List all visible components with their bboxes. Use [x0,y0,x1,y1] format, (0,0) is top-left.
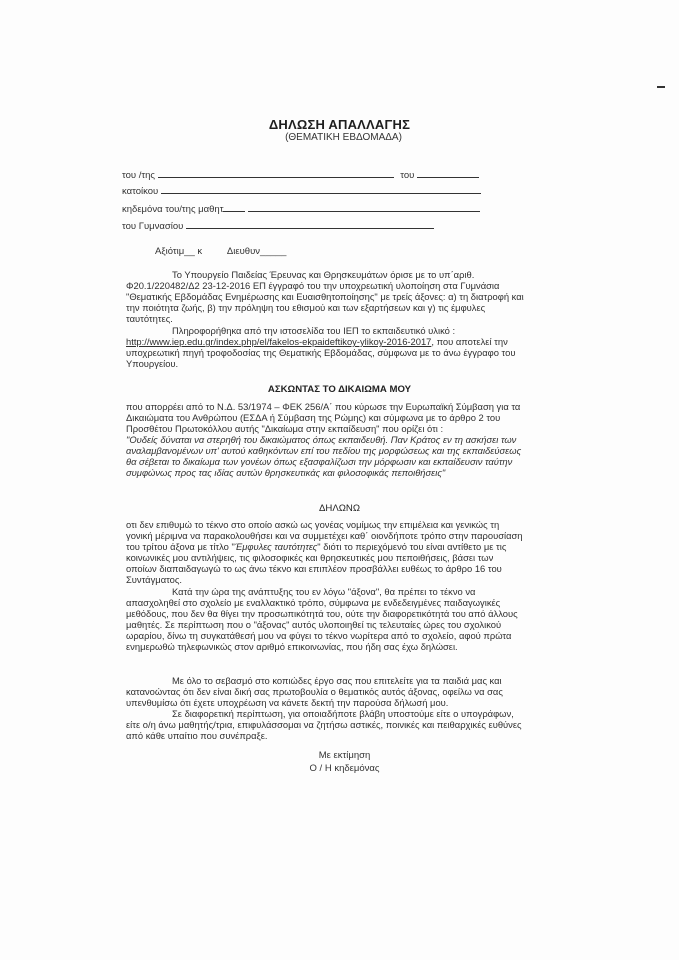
gender-line[interactable] [223,203,245,212]
declare-paragraph-1: οτι δεν επιθυμώ το τέκνο στο οποίο ασκώ … [126,519,526,586]
section-heading-declare: ΔΗΛΩΝΩ [0,503,679,514]
salutation-row: Αξιότιμ__ κ Διευθυν_____ [155,246,286,257]
document-page: ΔΗΛΩΣΗ ΑΠΑΛΛΑΓΗΣ (ΘΕΜΑΤΙΚΗ ΕΒΔΟΜΑΔΑ) του… [0,0,679,960]
declare-paragraph-3: Με όλο το σεβασμό στο κοπιώδες έργο σας … [126,675,526,708]
document-title: ΔΗΛΩΣΗ ΑΠΑΛΛΑΓΗΣ [0,117,679,132]
resident-label: κατοίκου [122,186,158,197]
father-name-line[interactable] [417,169,479,178]
guardian-label: κηδεμόνα του/της μαθητ [122,204,223,215]
closing-regards: Με εκτίμηση [0,750,679,761]
student-name-line[interactable] [248,203,480,212]
school-label: του Γυμνασίου [122,221,183,232]
corner-mark [657,86,665,88]
salutation-1: Αξιότιμ__ κ [155,246,202,257]
iep-link[interactable]: http://www.iep.edu.gr/index.php/el/fakel… [126,336,431,347]
field-guardian-row: κηδεμόνα του/της μαθητ [122,203,480,215]
section-heading-right: ΑΣΚΩΝΤΑΣ ΤΟ ΔΙΚΑΙΩΜΑ ΜΟΥ [0,384,679,395]
resident-line[interactable] [161,185,481,194]
document-subtitle: (ΘΕΜΑΤΙΚΗ ΕΒΔΟΜΑΔΑ) [0,132,679,143]
closing-signer: Ο / Η κηδεμόνας [0,763,679,774]
field-school-row: του Γυμνασίου [122,220,434,232]
salutation-2: Διευθυν_____ [227,246,287,257]
declare-paragraph-4: Σε διαφορετική περίπτωση, για οποιαδήποτ… [126,708,526,741]
school-line[interactable] [186,220,434,229]
declare-paragraph-2: Κατά την ώρα της ανάπτυξης του εν λόγω "… [126,586,526,653]
field-resident-row: κατοίκου [122,185,481,197]
section1-text: που απορρέει από το Ν.Δ. 53/1974 – ΦΕΚ 2… [126,401,526,434]
of-name-label: του /της [122,170,155,181]
name-line[interactable] [158,169,394,178]
of-father-label: του [400,170,414,181]
field-name-row: του /της του [122,169,479,181]
intro-paragraph-2: Πληροφορήθηκα από την ιστοσελίδα του ΙΕΠ… [126,325,526,369]
intro-paragraph-1: Το Υπουργείο Παιδείας Έρευνας και Θρησκε… [126,269,526,324]
section1-quote: "Ουδείς δύναται να στερηθή του δικαιώματ… [126,434,526,478]
